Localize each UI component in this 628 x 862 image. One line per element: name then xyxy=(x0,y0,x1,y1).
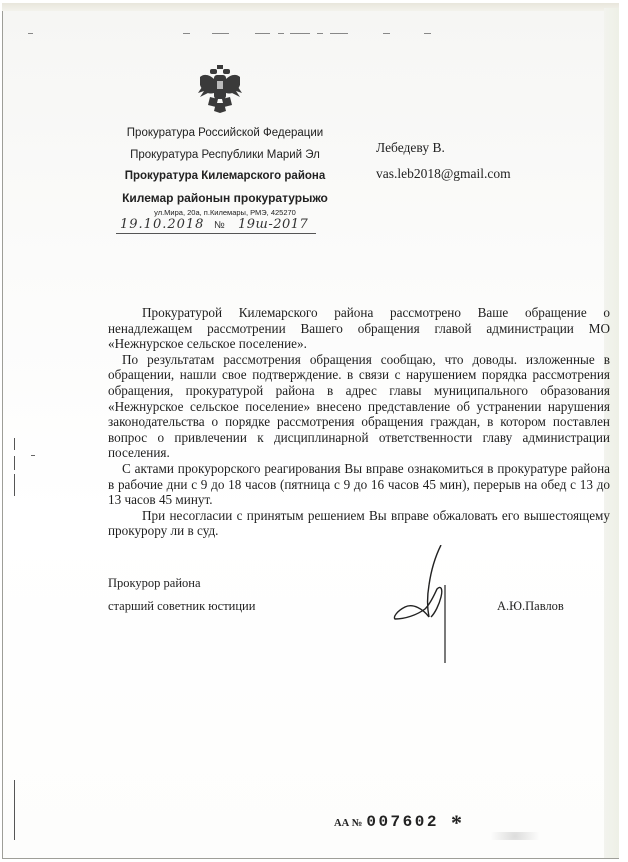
registration-date: 19.10.2018 xyxy=(120,217,204,232)
left-margin-mark xyxy=(14,438,15,450)
signer-rank: старший советник юстиции xyxy=(108,599,255,614)
body-paragraph: По результатам рассмотрения обращения со… xyxy=(108,352,610,461)
org-line-district: Прокуратура Килемарского района xyxy=(110,170,340,182)
body-paragraph: При несогласии с принятым решением Вы вп… xyxy=(108,508,610,539)
org-line-republic: Прокуратура Республики Марий Эл xyxy=(110,149,340,161)
scan-top-edge xyxy=(2,3,619,11)
form-serial-number: АА №007602* xyxy=(334,806,462,832)
org-line-federation: Прокуратура Российской Федерации xyxy=(110,127,340,139)
left-margin-mark xyxy=(14,474,15,496)
left-margin-tick xyxy=(31,455,35,456)
registration-number-label: № xyxy=(214,220,225,231)
handwritten-signature-icon xyxy=(385,545,465,670)
letter-body: Прокуратурой Килемарского района рассмот… xyxy=(108,305,610,539)
signer-name: А.Ю.Павлов xyxy=(497,599,564,614)
signer-position: Прокурор района xyxy=(108,576,201,591)
left-margin-mark xyxy=(14,456,15,470)
russian-coat-of-arms-icon xyxy=(196,63,244,115)
scan-speckle xyxy=(480,832,550,840)
body-paragraph: Прокуратурой Килемарского района рассмот… xyxy=(108,305,610,352)
recipient-name: Лебедеву В. xyxy=(376,140,445,156)
left-margin-mark xyxy=(14,780,15,840)
recipient-email: vas.leb2018@gmail.com xyxy=(376,166,511,182)
star-icon: * xyxy=(451,810,462,835)
registration-number: 19ш-2017 xyxy=(238,217,308,232)
registration-underline xyxy=(116,233,316,234)
top-scan-artifacts xyxy=(0,33,628,37)
registration-line: 19.10.2018 № 19ш-2017 xyxy=(116,215,316,237)
org-line-mari: Килемар районын прокуратурыжо xyxy=(110,191,340,205)
body-paragraph: С актами прокурорского реагирования Вы в… xyxy=(108,461,610,508)
serial-prefix: АА № xyxy=(334,818,362,829)
serial-number: 007602 xyxy=(366,813,439,831)
